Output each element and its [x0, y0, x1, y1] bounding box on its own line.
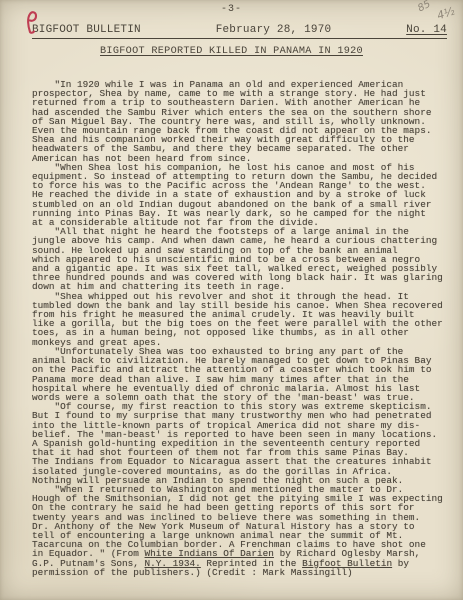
red-pen-mark: [23, 10, 40, 35]
article-paragraph: "In 1920 while I was in Panama an old an…: [32, 80, 459, 163]
scanned-page: -3- 85 4½ BIGFOOT BULLETIN February 28, …: [0, 0, 463, 600]
article-body: "In 1920 while I was in Panama an old an…: [32, 80, 459, 577]
article-paragraph: "When I returned to Washington and menti…: [32, 485, 459, 577]
article-paragraph: "When Shea lost his companion, he lost h…: [32, 163, 459, 227]
article-title: BIGFOOT REPORTED KILLED IN PANAMA IN 192…: [0, 46, 463, 57]
article-paragraph: "All that night he heard the footsteps o…: [32, 227, 459, 291]
article-paragraph: "Of course, my first reaction to this st…: [32, 402, 459, 485]
page-number: -3-: [0, 0, 463, 15]
masthead-issue-number: No. 14: [406, 24, 447, 36]
masthead-date: February 28, 1970: [216, 24, 332, 36]
article-paragraph: "Shea whipped out his revolver and shot …: [32, 292, 459, 347]
masthead-title: BIGFOOT BULLETIN: [32, 24, 141, 36]
masthead: BIGFOOT BULLETIN February 28, 1970 No. 1…: [32, 24, 447, 39]
article-paragraph: "Unfortunately Shea was too exhausted to…: [32, 347, 459, 402]
